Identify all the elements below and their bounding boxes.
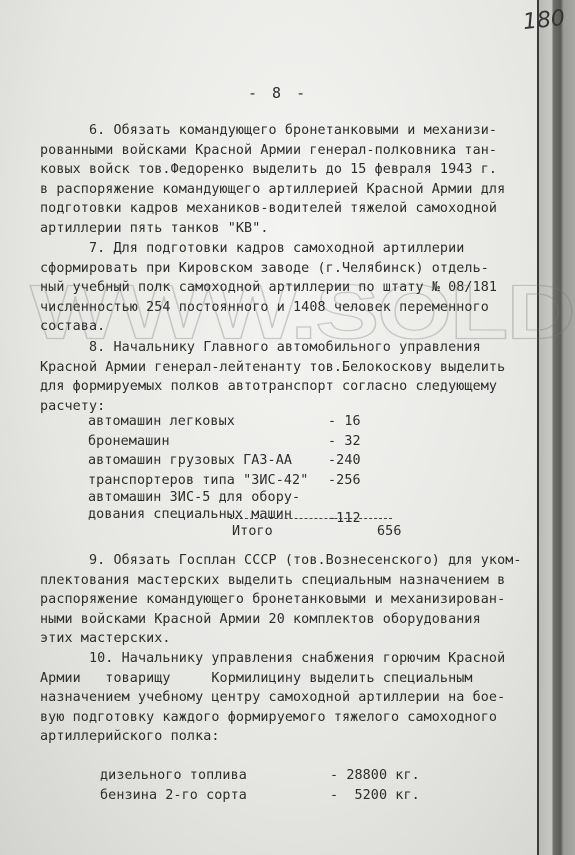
fuel-amount: - 5200 кг.: [330, 786, 420, 806]
list-item: автомашин легковых - 16: [88, 412, 428, 432]
text-line: назначением учебному центру самоходной а…: [40, 688, 505, 708]
text-line: Красной Армии генерал-лейтенанту тов.Бел…: [40, 358, 505, 378]
vehicle-count: -240: [328, 451, 408, 471]
vehicle-count: - 16: [328, 412, 408, 432]
sheet-number: 180: [522, 6, 566, 35]
paragraph-10: 10. Начальнику управления снабжения горю…: [40, 649, 505, 747]
text-line: численностью 254 постоянного и 1408 чело…: [40, 298, 497, 318]
text-line: для формируемых полков автотранспорт сог…: [40, 377, 505, 397]
text-line: 6. Обязать командующего бронетанковыми и…: [40, 121, 505, 141]
paragraph-9: 9. Обязать Госплан СССР (тов.Вознесенско…: [40, 551, 522, 649]
vehicle-count: -256: [328, 471, 408, 491]
text-line: артиллерии пять танков "КВ".: [40, 219, 505, 239]
fuel-allocation-list: дизельного топлива - 28800 кг. бензина 2…: [100, 766, 420, 805]
text-line: вую подготовку каждого формируемого тяже…: [40, 708, 505, 728]
fuel-type: бензина 2-го сорта: [100, 786, 330, 806]
text-line: в распоряжение командующего артиллерией …: [40, 180, 505, 200]
text-line: артиллерийского полка:: [40, 727, 505, 747]
text-line: 9. Обязать Госплан СССР (тов.Вознесенско…: [40, 551, 522, 571]
list-item: бензина 2-го сорта - 5200 кг.: [100, 786, 420, 806]
archive-binding-strip: [539, 0, 575, 855]
list-item: автомашин грузовых ГАЗ-АА -240: [88, 451, 428, 471]
total-value: 656: [377, 522, 402, 542]
text-line: 7. Для подготовки кадров самоходной арти…: [40, 239, 497, 259]
vehicle-type: бронемашин: [88, 432, 328, 452]
text-line: состава.: [40, 317, 497, 337]
paragraph-6: 6. Обязать командующего бронетанковыми и…: [40, 121, 505, 239]
text-line: ный учебный полк самоходной артиллерии п…: [40, 278, 497, 298]
fuel-type: дизельного топлива: [100, 766, 330, 786]
text-line: ковых войск тов.Федоренко выделить до 15…: [40, 160, 505, 180]
vehicle-allocation-list: автомашин легковых - 16 бронемашин - 32 …: [88, 412, 428, 529]
list-item: транспортеров типа "ЗИС-42" -256: [88, 471, 428, 491]
list-item: бронемашин - 32: [88, 432, 428, 452]
text-line: сформировать при Кировском заводе (г.Чел…: [40, 259, 497, 279]
vehicle-count: - 32: [328, 432, 408, 452]
text-line: рованными войсками Красной Армии генерал…: [40, 141, 505, 161]
text-line: этих мастерских.: [40, 629, 522, 649]
page-number: - 8 -: [248, 84, 308, 104]
vehicle-type: транспортеров типа "ЗИС-42": [88, 471, 328, 491]
text-line: плектования мастерских выделить специаль…: [40, 571, 522, 591]
text-line: распоряжение командующего бронетанковыми…: [40, 590, 522, 610]
text-line: 10. Начальнику управления снабжения горю…: [40, 649, 505, 669]
total-label: Итого: [232, 522, 377, 542]
paragraph-7: 7. Для подготовки кадров самоходной арти…: [40, 239, 497, 337]
text-line: Армии товарищу Кормилицину выделить спец…: [40, 669, 505, 689]
fuel-amount: - 28800 кг.: [330, 766, 420, 786]
total-divider: [230, 518, 392, 519]
vehicles-total: Итого 656: [232, 522, 402, 542]
vehicle-type: автомашин легковых: [88, 412, 328, 432]
vehicle-type: автомашин грузовых ГАЗ-АА: [88, 451, 328, 471]
list-item: дизельного топлива - 28800 кг.: [100, 766, 420, 786]
text-line: 8. Начальнику Главного автомобильного уп…: [40, 338, 505, 358]
text-line: подготовки кадров механиков-водителей тя…: [40, 199, 505, 219]
paragraph-8: 8. Начальнику Главного автомобильного уп…: [40, 338, 505, 416]
text-line: ными войсками Красной Армии 20 комплекто…: [40, 610, 522, 630]
